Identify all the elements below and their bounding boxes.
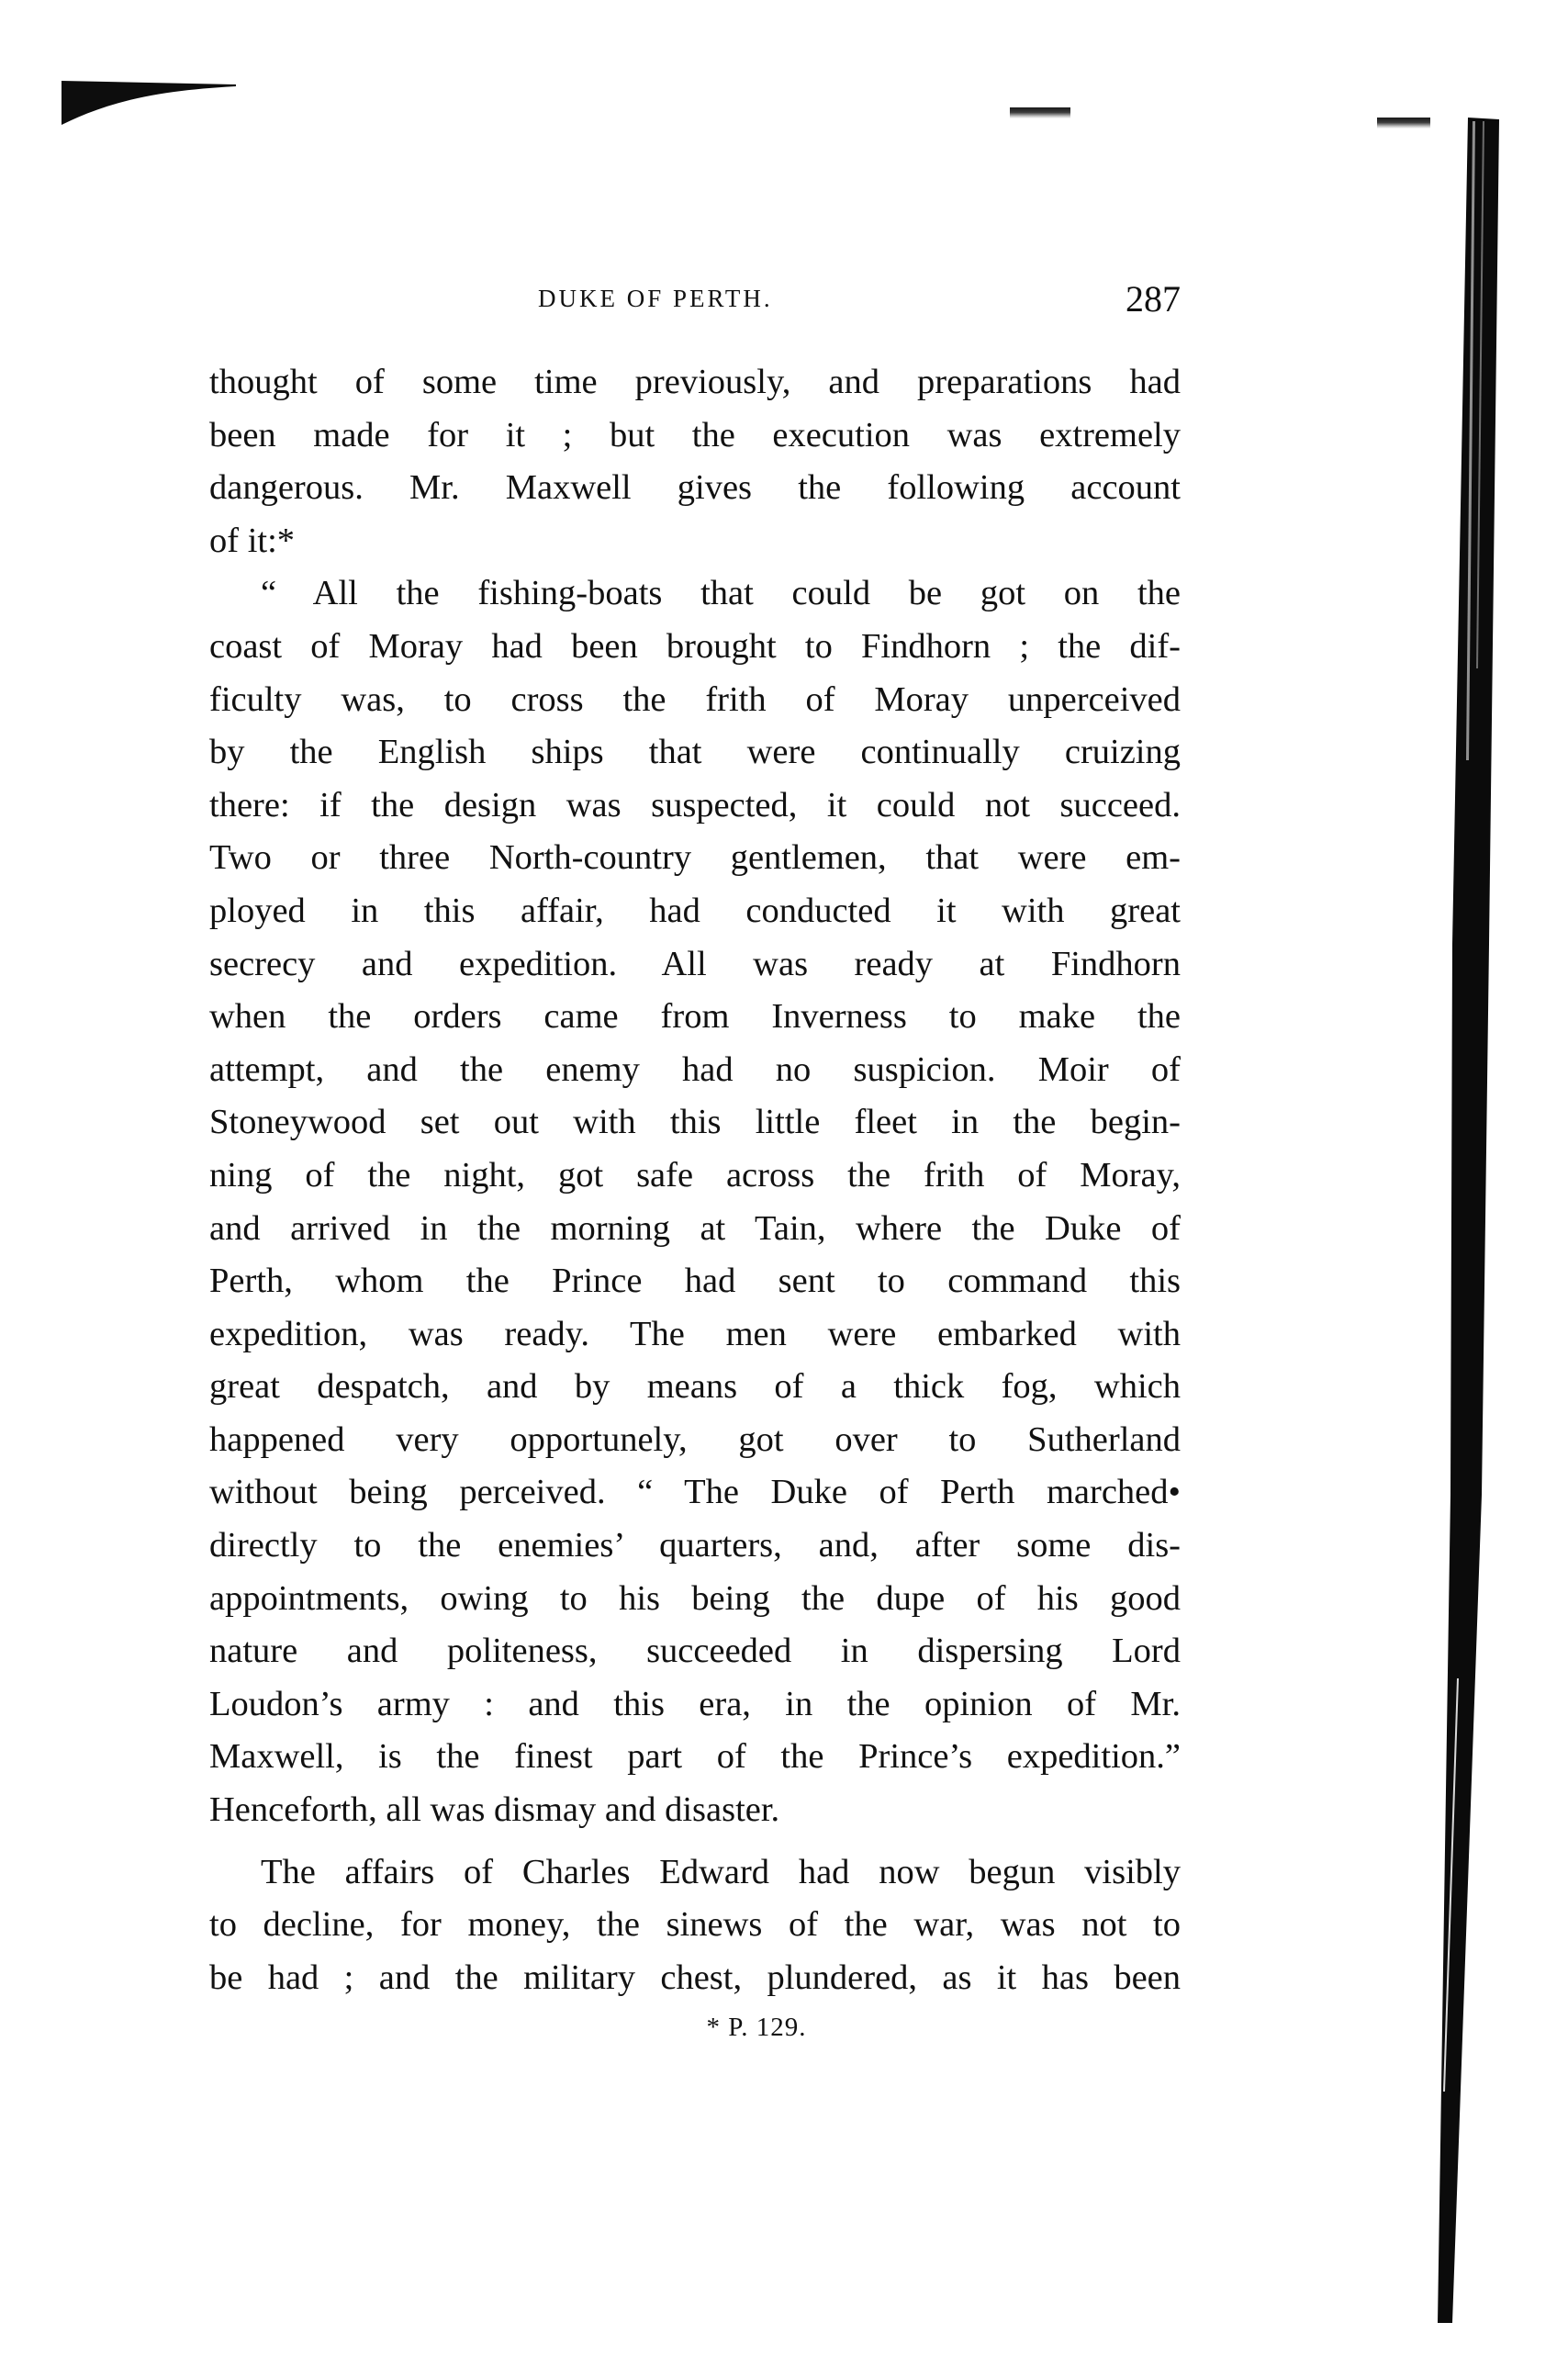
page-number: 287 (1126, 277, 1181, 320)
text-line: without being perceived. “ The Duke of P… (209, 1466, 1181, 1520)
text-line: by the English ships that were continual… (209, 726, 1181, 780)
text-line: to decline, for money, the sinews of the… (209, 1899, 1181, 1952)
text-line: great despatch, and by means of a thick … (209, 1361, 1181, 1414)
text-line: and arrived in the morning at Tain, wher… (209, 1203, 1181, 1256)
text-line: there: if the design was suspected, it c… (209, 780, 1181, 833)
running-head-title: DUKE OF PERTH. (538, 285, 773, 313)
text-line: coast of Moray had been brought to Findh… (209, 621, 1181, 674)
paragraph-gap (209, 1837, 1181, 1846)
scan-smudge (1377, 118, 1430, 129)
footnote-text: * P. 129. (707, 2013, 807, 2042)
text-line: of it:* (209, 515, 1181, 568)
text-line: thought of some time previously, and pre… (209, 356, 1181, 409)
text-line: dangerous. Mr. Maxwell gives the followi… (209, 462, 1181, 515)
text-line: been made for it ; but the execution was… (209, 409, 1181, 463)
running-head: DUKE OF PERTH. 287 (209, 277, 1181, 314)
text-line: happened very opportunely, got over to S… (209, 1414, 1181, 1467)
text-line: “ All the fishing-boats that could be go… (209, 567, 1181, 621)
paragraph: The affairs of Charles Edward had now be… (209, 1846, 1181, 2005)
text-line: Maxwell, is the finest part of the Princ… (209, 1731, 1181, 1784)
scan-corner-shadow-icon (62, 81, 236, 125)
text-line: Stoneywood set out with this little flee… (209, 1096, 1181, 1150)
text-line: nature and politeness, succeeded in disp… (209, 1625, 1181, 1678)
text-line: expedition, was ready. The men were emba… (209, 1308, 1181, 1362)
text-line: ployed in this affair, had conducted it … (209, 885, 1181, 938)
text-line: secrecy and expedition. All was ready at… (209, 938, 1181, 992)
scanned-book-page: DUKE OF PERTH. 287 thought of some time … (0, 0, 1568, 2367)
paragraph-quotation: “ All the fishing-boats that could be go… (209, 567, 1181, 1836)
paragraph: thought of some time previously, and pre… (209, 356, 1181, 567)
page-binding-edge-shadow-icon (1432, 118, 1506, 2330)
text-line: attempt, and the enemy had no suspicion.… (209, 1044, 1181, 1097)
text-line: Loudon’s army : and this era, in the opi… (209, 1678, 1181, 1732)
text-line: appointments, owing to his being the dup… (209, 1573, 1181, 1626)
text-line: Henceforth, all was dismay and disaster. (209, 1784, 1181, 1837)
text-line: ficulty was, to cross the frith of Moray… (209, 674, 1181, 727)
body-text: thought of some time previously, and pre… (209, 356, 1181, 2004)
text-line: be had ; and the military chest, plunder… (209, 1952, 1181, 2005)
text-line: directly to the enemies’ quarters, and, … (209, 1520, 1181, 1573)
text-line: when the orders came from Inverness to m… (209, 991, 1181, 1044)
footnote: * P. 129. (0, 2013, 1568, 2043)
text-line: Perth, whom the Prince had sent to comma… (209, 1255, 1181, 1308)
text-line: Two or three North-country gentlemen, th… (209, 832, 1181, 885)
text-line: ning of the night, got safe across the f… (209, 1150, 1181, 1203)
text-line: The affairs of Charles Edward had now be… (209, 1846, 1181, 1900)
scan-smudge (1010, 107, 1070, 118)
